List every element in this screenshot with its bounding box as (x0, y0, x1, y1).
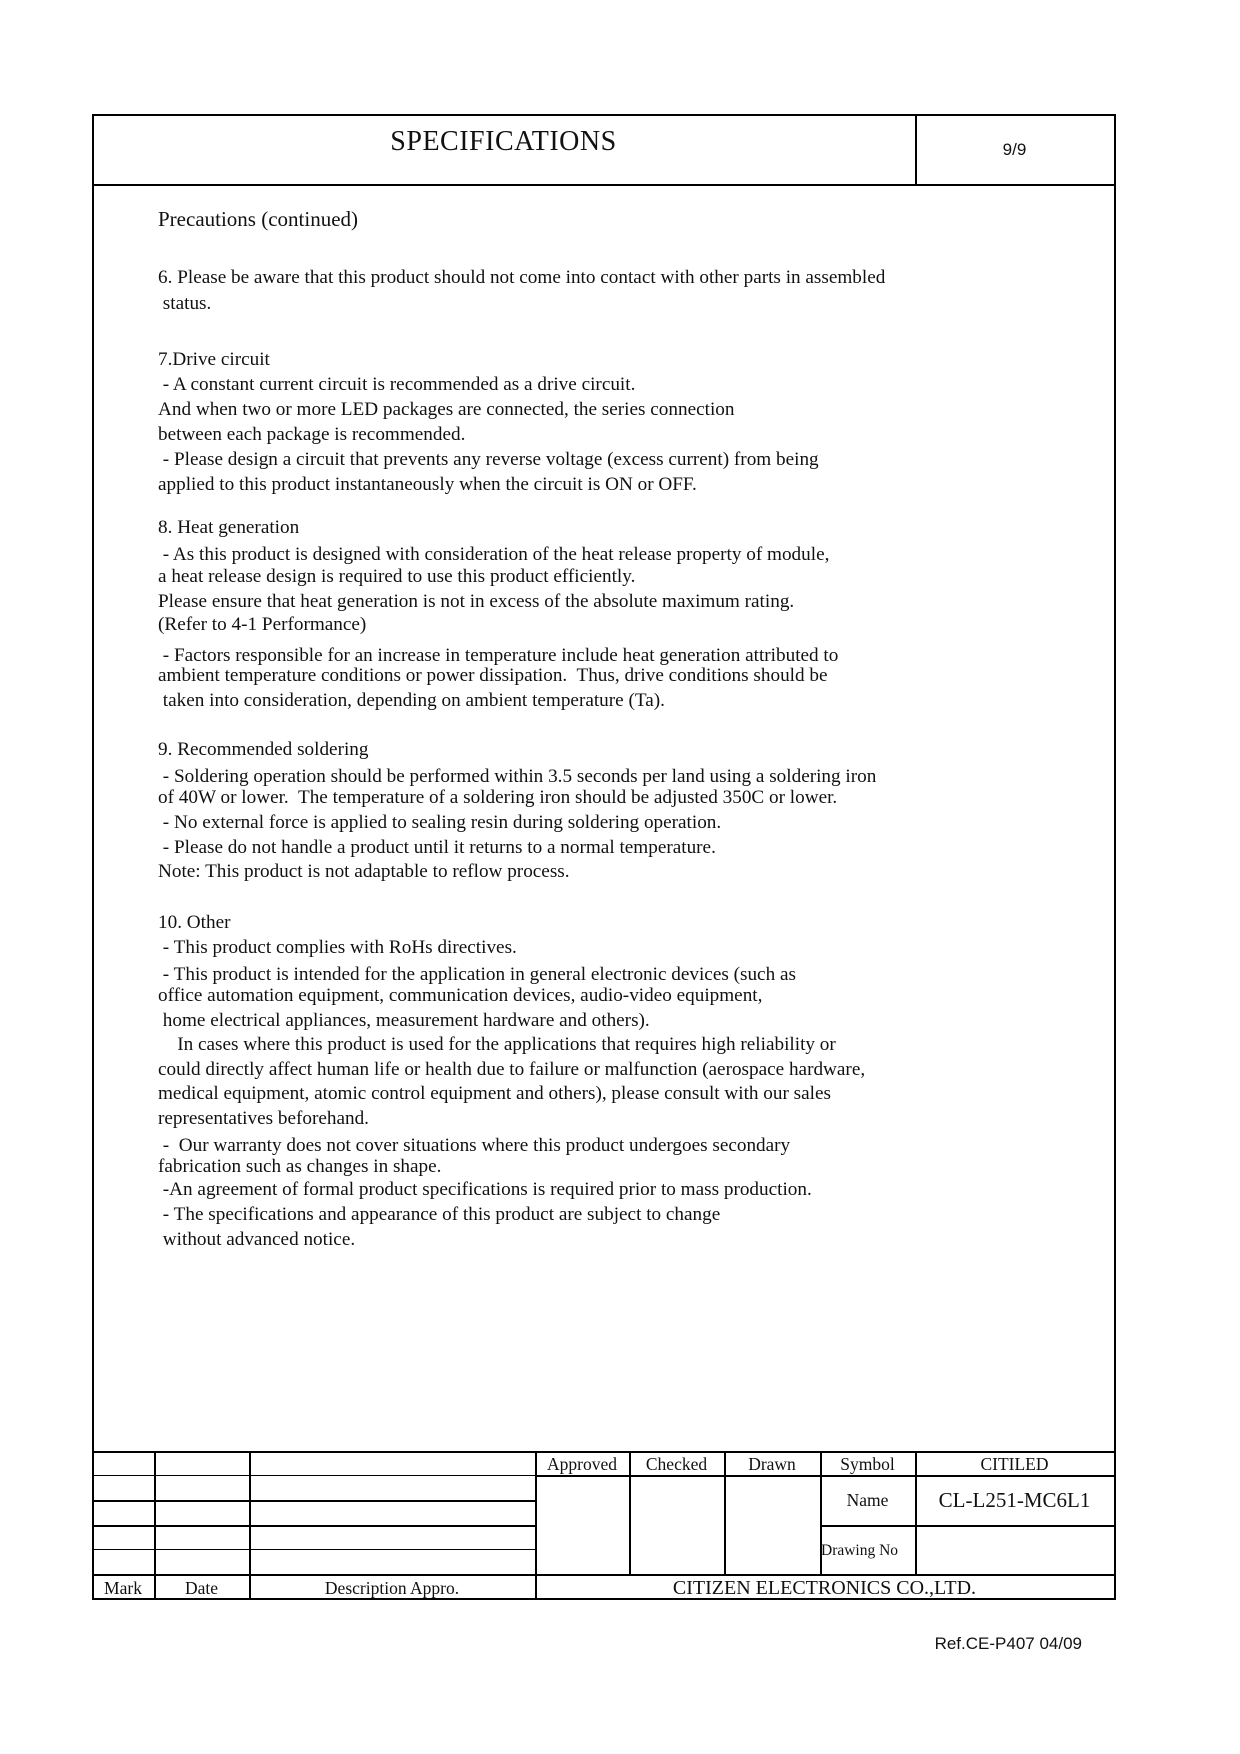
text-line: - A constant current circuit is recommen… (158, 375, 635, 394)
text-line: status. (158, 294, 211, 313)
text-line: fabrication such as changes in shape. (158, 1157, 441, 1176)
text-line: - No external force is applied to sealin… (158, 813, 721, 832)
text-line: - Please do not handle a product until i… (158, 838, 716, 857)
drawing-no-label: Drawing No (821, 1543, 915, 1559)
text-line: could directly affect human life or heal… (158, 1060, 865, 1079)
text-line: without advanced notice. (158, 1230, 355, 1249)
drawn-label: Drawn (724, 1456, 820, 1474)
text-line: And when two or more LED packages are co… (158, 400, 734, 419)
description-header: Description Appro. (249, 1580, 535, 1598)
text-line: Please ensure that heat generation is no… (158, 592, 794, 611)
text-line: -An agreement of formal product specific… (158, 1180, 812, 1199)
text-line: of 40W or lower. The temperature of a so… (158, 788, 837, 807)
section-heading: Precautions (continued) (158, 207, 358, 232)
text-line: 10. Other (158, 913, 230, 932)
text-line: - This product is intended for the appli… (158, 965, 796, 984)
text-line: - The specifications and appearance of t… (158, 1205, 720, 1224)
text-line: ambient temperature conditions or power … (158, 666, 828, 685)
page-number: 9/9 (915, 140, 1114, 160)
checked-label: Checked (629, 1456, 724, 1474)
text-line: - As this product is designed with consi… (158, 545, 829, 564)
text-line: a heat release design is required to use… (158, 567, 635, 586)
text-line: In cases where this product is used for … (158, 1035, 836, 1054)
text-line: representatives beforehand. (158, 1109, 369, 1128)
symbol-value: CITILED (915, 1456, 1114, 1474)
text-line: - Please design a circuit that prevents … (158, 450, 819, 469)
name-value: CL-L251-MC6L1 (915, 1490, 1114, 1511)
text-line: medical equipment, atomic control equipm… (158, 1084, 831, 1103)
text-line: - Soldering operation should be performe… (158, 767, 876, 786)
text-line: office automation equipment, communicati… (158, 986, 762, 1005)
text-line: 7.Drive circuit (158, 350, 270, 369)
text-line: applied to this product instantaneously … (158, 475, 697, 494)
text-line: home electrical appliances, measurement … (158, 1011, 650, 1030)
approved-label: Approved (535, 1456, 629, 1474)
date-header: Date (154, 1580, 249, 1598)
reference-code: Ref.CE-P407 04/09 (935, 1634, 1082, 1654)
text-line: between each package is recommended. (158, 425, 465, 444)
text-line: (Refer to 4-1 Performance) (158, 615, 366, 634)
text-line: - This product complies with RoHs direct… (158, 938, 517, 957)
text-line: 8. Heat generation (158, 518, 299, 537)
name-label: Name (820, 1492, 915, 1510)
mark-header: Mark (92, 1580, 154, 1598)
text-line: 6. Please be aware that this product sho… (158, 268, 885, 287)
company-name: CITIZEN ELECTRONICS CO.,LTD. (535, 1578, 1114, 1598)
text-line: taken into consideration, depending on a… (158, 691, 665, 710)
text-line: - Factors responsible for an increase in… (158, 646, 838, 665)
text-line: - Our warranty does not cover situations… (158, 1136, 790, 1155)
text-line: Note: This product is not adaptable to r… (158, 862, 570, 881)
symbol-label: Symbol (820, 1456, 915, 1474)
document-title: SPECIFICATIONS (92, 126, 915, 158)
text-line: 9. Recommended soldering (158, 740, 368, 759)
